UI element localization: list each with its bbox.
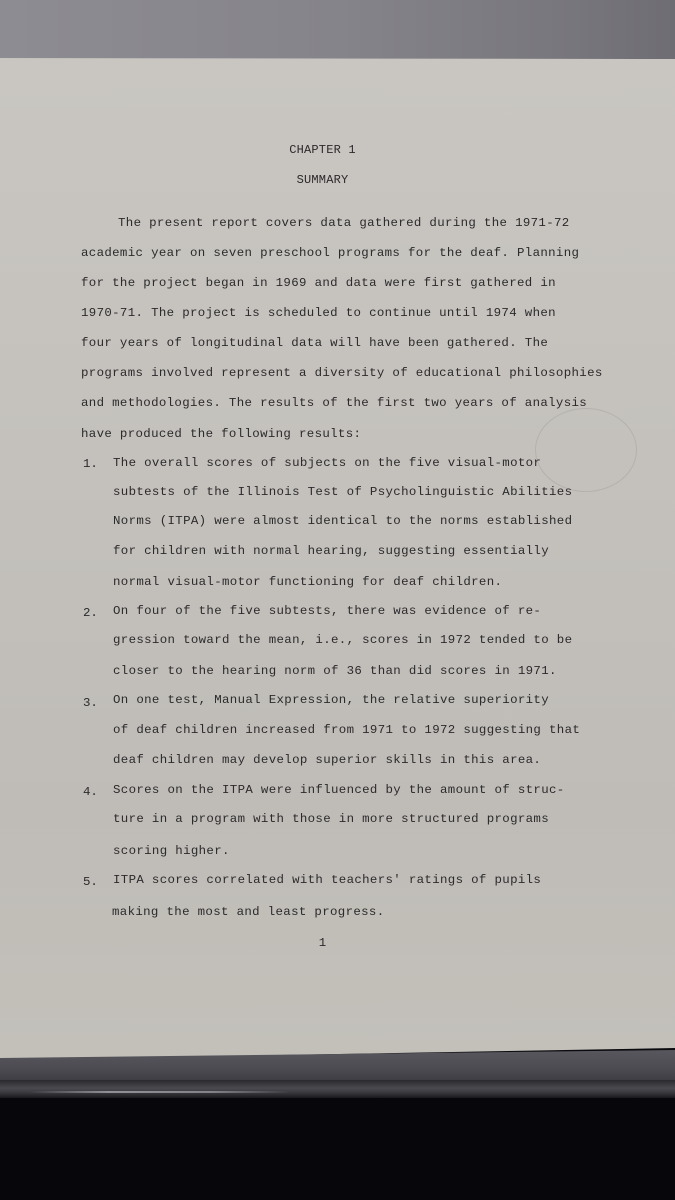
finding-number: 4. xyxy=(83,785,98,799)
faint-stamp-mark xyxy=(535,408,637,492)
finding-number: 2. xyxy=(83,606,98,620)
finding-line: Scores on the ITPA were influenced by th… xyxy=(113,784,565,796)
binder-rail xyxy=(0,1080,675,1098)
intro-line: programs involved represent a diversity … xyxy=(81,367,603,379)
finding-line: scoring higher. xyxy=(113,845,230,857)
intro-line: for the project began in 1969 and data w… xyxy=(81,277,556,289)
finding-line: for children with normal hearing, sugges… xyxy=(113,545,549,557)
intro-line: four years of longitudinal data will hav… xyxy=(81,337,548,349)
finding-line: On four of the five subtests, there was … xyxy=(113,605,541,617)
finding-line: making the most and least progress. xyxy=(112,906,385,918)
finding-line: ITPA scores correlated with teachers' ra… xyxy=(113,874,541,886)
finding-line: Norms (ITPA) were almost identical to th… xyxy=(113,515,572,527)
finding-line: gression toward the mean, i.e., scores i… xyxy=(113,634,572,646)
finding-line: of deaf children increased from 1971 to … xyxy=(113,724,580,736)
intro-line: The present report covers data gathered … xyxy=(118,217,570,229)
finding-line: closer to the hearing norm of 36 than di… xyxy=(113,665,557,677)
intro-line: 1970-71. The project is scheduled to con… xyxy=(81,307,556,319)
page-number: 1 xyxy=(0,936,645,950)
rail-highlight xyxy=(30,1091,290,1093)
finding-line: On one test, Manual Expression, the rela… xyxy=(113,694,549,706)
intro-line: academic year on seven preschool program… xyxy=(81,247,579,259)
finding-line: The overall scores of subjects on the fi… xyxy=(113,457,541,469)
finding-number: 3. xyxy=(83,696,98,710)
background-surface xyxy=(0,0,675,64)
finding-line: normal visual-motor functioning for deaf… xyxy=(113,576,502,588)
finding-line: ture in a program with those in more str… xyxy=(113,813,549,825)
intro-line: have produced the following results: xyxy=(81,428,361,440)
chapter-label: CHAPTER 1 xyxy=(0,143,645,157)
finding-number: 1. xyxy=(83,457,98,471)
intro-line: and methodologies. The results of the fi… xyxy=(81,397,587,409)
section-title: SUMMARY xyxy=(0,173,645,187)
finding-number: 5. xyxy=(83,875,98,889)
finding-line: deaf children may develop superior skill… xyxy=(113,754,541,766)
dark-background xyxy=(0,1098,675,1200)
finding-line: subtests of the Illinois Test of Psychol… xyxy=(113,486,572,498)
